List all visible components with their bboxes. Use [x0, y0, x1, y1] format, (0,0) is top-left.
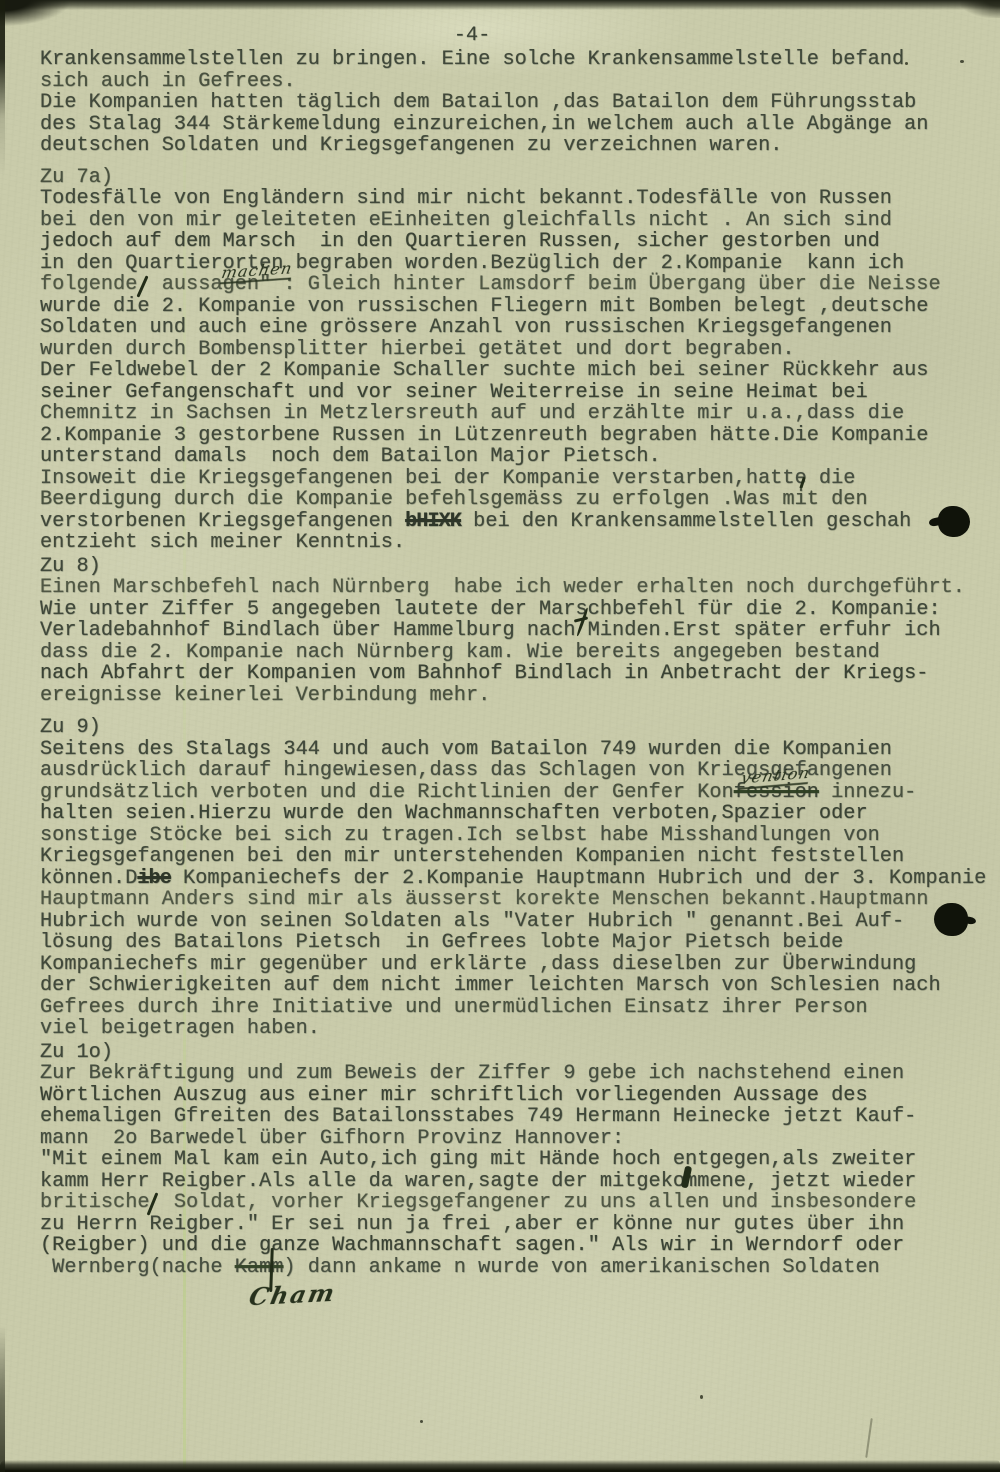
text-line: Chemnitz in Sachsen in Metzlersreuth auf…: [40, 403, 990, 425]
typed-segment: folgende aussagen" : Gleich hinter Lamsd…: [40, 273, 941, 296]
typed-segment: Insoweit die Kriegsgefangenen bei der Ko…: [40, 467, 855, 490]
typed-segment: ehemaligen Gfreiten des Batailonsstabes …: [40, 1105, 916, 1128]
typed-segment: Hubrich wurde von seinen Soldaten als "V…: [40, 910, 904, 933]
typed-segment: seiner Gefangenschaft und vor seiner Wei…: [40, 381, 868, 404]
text-line: folgende aussagen" : Gleich hinter Lamsd…: [40, 274, 990, 296]
text-line: Krankensammelstellen zu bringen. Eine so…: [40, 49, 990, 71]
text-line: Einen Marschbefehl nach Nürnberg habe ic…: [40, 577, 990, 599]
typed-segment: sonstige Stöcke bei sich zu tragen.Ich s…: [40, 824, 880, 847]
struck-word: ibe: [137, 867, 171, 890]
typed-segment: Verladebahnhof Bindlach über Hammelburg …: [40, 619, 941, 642]
typed-segment: jedoch auf dem Marsch in den Quartieren …: [40, 230, 880, 253]
text-line: Gefrees durch ihre Initiative und unermü…: [40, 997, 990, 1019]
text-line: seiner Gefangenschaft und vor seiner Wei…: [40, 382, 990, 404]
text-line: "Mit einem Mal kam ein Auto,ich ging mit…: [40, 1149, 990, 1171]
ink-blob-upper: [938, 506, 970, 537]
typed-segment: Seitens des Stalags 344 und auch vom Bat…: [40, 738, 892, 761]
text-line: lösung des Batailons Pietsch in Gefrees …: [40, 932, 990, 954]
text-line: sonstige Stöcke bei sich zu tragen.Ich s…: [40, 825, 990, 847]
typed-segment: der Schwierigkeiten auf dem nicht immer …: [40, 974, 941, 997]
text-line: Soldaten und auch eine grössere Anzahl v…: [40, 317, 990, 339]
typed-segment: Einen Marschbefehl nach Nürnberg habe ic…: [40, 576, 965, 599]
struck-word: bHIXK: [405, 510, 461, 533]
text-line: jedoch auf dem Marsch in den Quartieren …: [40, 231, 990, 253]
typed-segment: Wie unter Ziffer 5 angegeben lautete der…: [40, 598, 941, 621]
typed-segment: verstorbenen Kriegsgefangenen: [40, 510, 405, 533]
typed-text: Krankensammelstellen zu bringen. Eine so…: [40, 49, 990, 1278]
typed-segment: britische Soldat, vorher Kriegsgefangene…: [40, 1191, 916, 1214]
ink-blob-lower: [934, 903, 968, 936]
typed-segment: ereignisse keinerlei Verbindung mehr.: [40, 684, 490, 707]
paper-speck: [905, 62, 908, 65]
text-line: Hubrich wurde von seinen Soldaten als "V…: [40, 911, 990, 933]
typed-segment: Chemnitz in Sachsen in Metzlersreuth auf…: [40, 402, 904, 425]
text-line: unterstand damals noch dem Batailon Majo…: [40, 446, 990, 468]
typed-segment: entzieht sich meiner Kenntnis.: [40, 531, 405, 554]
text-line: britische Soldat, vorher Kriegsgefangene…: [40, 1192, 990, 1214]
typed-segment: können.D: [40, 867, 137, 890]
text-line: Hauptmann Anders sind mir als äusserst k…: [40, 889, 990, 911]
typed-segment: Kriegsgefangenen bei den mir unterstehen…: [40, 845, 904, 868]
text-line: kamm Herr Reigber.Als alle da waren,sagt…: [40, 1171, 990, 1193]
text-line: verstorbenen Kriegsgefangenen bHIXK bei …: [40, 511, 990, 533]
text-line: Wernberg(nache Kamm) dann ankame n wurde…: [40, 1257, 990, 1279]
typed-segment: bei den Krankensammelstellen geschah: [461, 510, 911, 533]
text-line: Die Kompanien hatten täglich dem Batailo…: [40, 92, 990, 114]
typed-segment: Wörtlichen Auszug aus einer mir schriftl…: [40, 1084, 868, 1107]
typed-segment: Zu 7a): [40, 166, 113, 189]
typed-segment: halten seien.Hierzu wurde den Wachmannsc…: [40, 802, 868, 825]
text-line: Insoweit die Kriegsgefangenen bei der Ko…: [40, 468, 990, 490]
text-line: in den Quartierorten begraben worden.Bez…: [40, 253, 990, 275]
typed-segment: in den Quartierorten begraben worden.Bez…: [40, 252, 904, 275]
text-line: deutschen Soldaten und Kriegsgefangenen …: [40, 135, 990, 157]
page-number: -4-: [0, 24, 944, 47]
typed-segment: Wernberg(nache: [40, 1256, 235, 1279]
typed-segment: Der Feldwebel der 2 Kompanie Schaller su…: [40, 359, 928, 382]
typed-segment: 2.Kompanie 3 gestorbene Russen in Lützen…: [40, 424, 928, 447]
typed-segment: dass die 2. Kompanie nach Nürnberg kam. …: [40, 641, 880, 664]
text-line: bei den von mir geleiteten eEinheiten gl…: [40, 210, 990, 232]
typed-segment: kamm Herr Reigber.Als alle da waren,sagt…: [40, 1170, 916, 1193]
text-line: Der Feldwebel der 2 Kompanie Schaller su…: [40, 360, 990, 382]
struck-word: Kamm: [235, 1256, 284, 1279]
typed-segment: lösung des Batailons Pietsch in Gefrees …: [40, 931, 843, 954]
typed-segment: Todesfälle von Engländern sind mir nicht…: [40, 187, 892, 210]
text-line: Beerdigung durch die Kompanie befehlsgem…: [40, 489, 990, 511]
typed-segment: sich auch in Gefrees.: [40, 70, 296, 93]
scan-edge-left: [0, 0, 5, 1472]
typed-segment: Krankensammelstellen zu bringen. Eine so…: [40, 48, 904, 71]
line-gap: [40, 157, 990, 167]
text-line: Seitens des Stalags 344 und auch vom Bat…: [40, 739, 990, 761]
typed-segment: ) dann ankame n wurde von amerikanischen…: [283, 1256, 879, 1279]
typed-segment: "Mit einem Mal kam ein Auto,ich ging mit…: [40, 1148, 916, 1171]
text-line: Wie unter Ziffer 5 angegeben lautete der…: [40, 599, 990, 621]
text-line: halten seien.Hierzu wurde den Wachmannsc…: [40, 803, 990, 825]
typed-segment: Beerdigung durch die Kompanie befehlsgem…: [40, 488, 868, 511]
typed-segment: Die Kompanien hatten täglich dem Batailo…: [40, 91, 916, 114]
typed-segment: unterstand damals noch dem Batailon Majo…: [40, 445, 661, 468]
text-line: grundsätzlich verboten und die Richtlini…: [40, 782, 990, 804]
text-line: ausdrücklich darauf hingewiesen,dass das…: [40, 760, 990, 782]
typed-segment: Zu 1o): [40, 1041, 113, 1064]
text-line: mann 2o Barwedel über Gifhorn Provinz Ha…: [40, 1128, 990, 1150]
typed-segment: viel beigetragen haben.: [40, 1017, 320, 1040]
typed-segment: Zu 9): [40, 716, 101, 739]
section-heading: Zu 7a): [40, 167, 990, 189]
typed-segment: zu Herrn Reigber." Er sei nun ja frei ,a…: [40, 1213, 904, 1236]
text-line: der Schwierigkeiten auf dem nicht immer …: [40, 975, 990, 997]
typed-segment: grundsätzlich verboten und die Richtlini…: [40, 781, 734, 804]
typed-segment: wurden durch Bombensplitter hierbei getä…: [40, 338, 795, 361]
typed-segment: Hauptmann Anders sind mir als äusserst k…: [40, 888, 928, 911]
paper-speck: [960, 60, 964, 63]
typed-segment: Gefrees durch ihre Initiative und unermü…: [40, 996, 868, 1019]
text-line: wurden durch Bombensplitter hierbei getä…: [40, 339, 990, 361]
scanned-document-page: -4- Krankensammelstellen zu bringen. Ein…: [0, 0, 1000, 1472]
typed-segment: Zur Bekräftigung und zum Beweis der Ziff…: [40, 1062, 904, 1085]
paper-speck: [700, 1395, 703, 1399]
text-line: des Stalag 344 Stärkemeldung einzureiche…: [40, 114, 990, 136]
text-line: nach Abfahrt der Kompanien vom Bahnhof B…: [40, 663, 990, 685]
typed-segment: bei den von mir geleiteten eEinheiten gl…: [40, 209, 892, 232]
scan-edge-top: [0, 0, 1000, 10]
text-line: Zur Bekräftigung und zum Beweis der Ziff…: [40, 1063, 990, 1085]
typed-segment: nach Abfahrt der Kompanien vom Bahnhof B…: [40, 662, 928, 685]
text-line: 2.Kompanie 3 gestorbene Russen in Lützen…: [40, 425, 990, 447]
typed-segment: Kompaniechefs mir gegenüber und erklärte…: [40, 953, 916, 976]
scan-edge-top-left: [0, 0, 70, 26]
typed-segment: (Reigber) und die ganze Wachmannschaft s…: [40, 1234, 904, 1257]
text-line: Kriegsgefangenen bei den mir unterstehen…: [40, 846, 990, 868]
text-line: entzieht sich meiner Kenntnis.: [40, 532, 990, 554]
typed-segment: Zu 8): [40, 555, 101, 578]
text-line: sich auch in Gefrees.: [40, 71, 990, 93]
section-heading: Zu 8): [40, 556, 990, 578]
typed-segment: des Stalag 344 Stärkemeldung einzureiche…: [40, 113, 928, 136]
text-line: Verladebahnhof Bindlach über Hammelburg …: [40, 620, 990, 642]
paper-speck: [420, 1420, 423, 1423]
typed-segment: mann 2o Barwedel über Gifhorn Provinz Ha…: [40, 1127, 624, 1150]
text-line: Todesfälle von Engländern sind mir nicht…: [40, 188, 990, 210]
scan-edge-top-right: [960, 0, 1000, 18]
typed-segment: wurde die 2. Kompanie von russischen Fli…: [40, 295, 928, 318]
text-line: dass die 2. Kompanie nach Nürnberg kam. …: [40, 642, 990, 664]
text-line: ehemaligen Gfreiten des Batailonsstabes …: [40, 1106, 990, 1128]
text-line: zu Herrn Reigber." Er sei nun ja frei ,a…: [40, 1214, 990, 1236]
section-heading: Zu 9): [40, 717, 990, 739]
text-line: Kompaniechefs mir gegenüber und erklärte…: [40, 954, 990, 976]
text-line: viel beigetragen haben.: [40, 1018, 990, 1040]
paper-crease: [865, 1418, 873, 1458]
typed-segment: innezu-: [819, 781, 916, 804]
typed-segment: deutschen Soldaten und Kriegsgefangenen …: [40, 134, 782, 157]
text-line: ereignisse keinerlei Verbindung mehr.: [40, 685, 990, 707]
section-heading: Zu 1o): [40, 1042, 990, 1064]
typed-segment: Soldaten und auch eine grössere Anzahl v…: [40, 316, 892, 339]
text-line: (Reigber) und die ganze Wachmannschaft s…: [40, 1235, 990, 1257]
text-line: Wörtlichen Auszug aus einer mir schriftl…: [40, 1085, 990, 1107]
text-line: wurde die 2. Kompanie von russischen Fli…: [40, 296, 990, 318]
handwritten-annotation-cham: Cham: [247, 1278, 339, 1311]
line-gap: [40, 706, 990, 717]
typed-segment: Kompaniechefs der 2.Kompanie Hauptmann H…: [171, 867, 986, 890]
scan-edge-bottom: [0, 1460, 1000, 1472]
text-line: können.Dibe Kompaniechefs der 2.Kompanie…: [40, 868, 990, 890]
